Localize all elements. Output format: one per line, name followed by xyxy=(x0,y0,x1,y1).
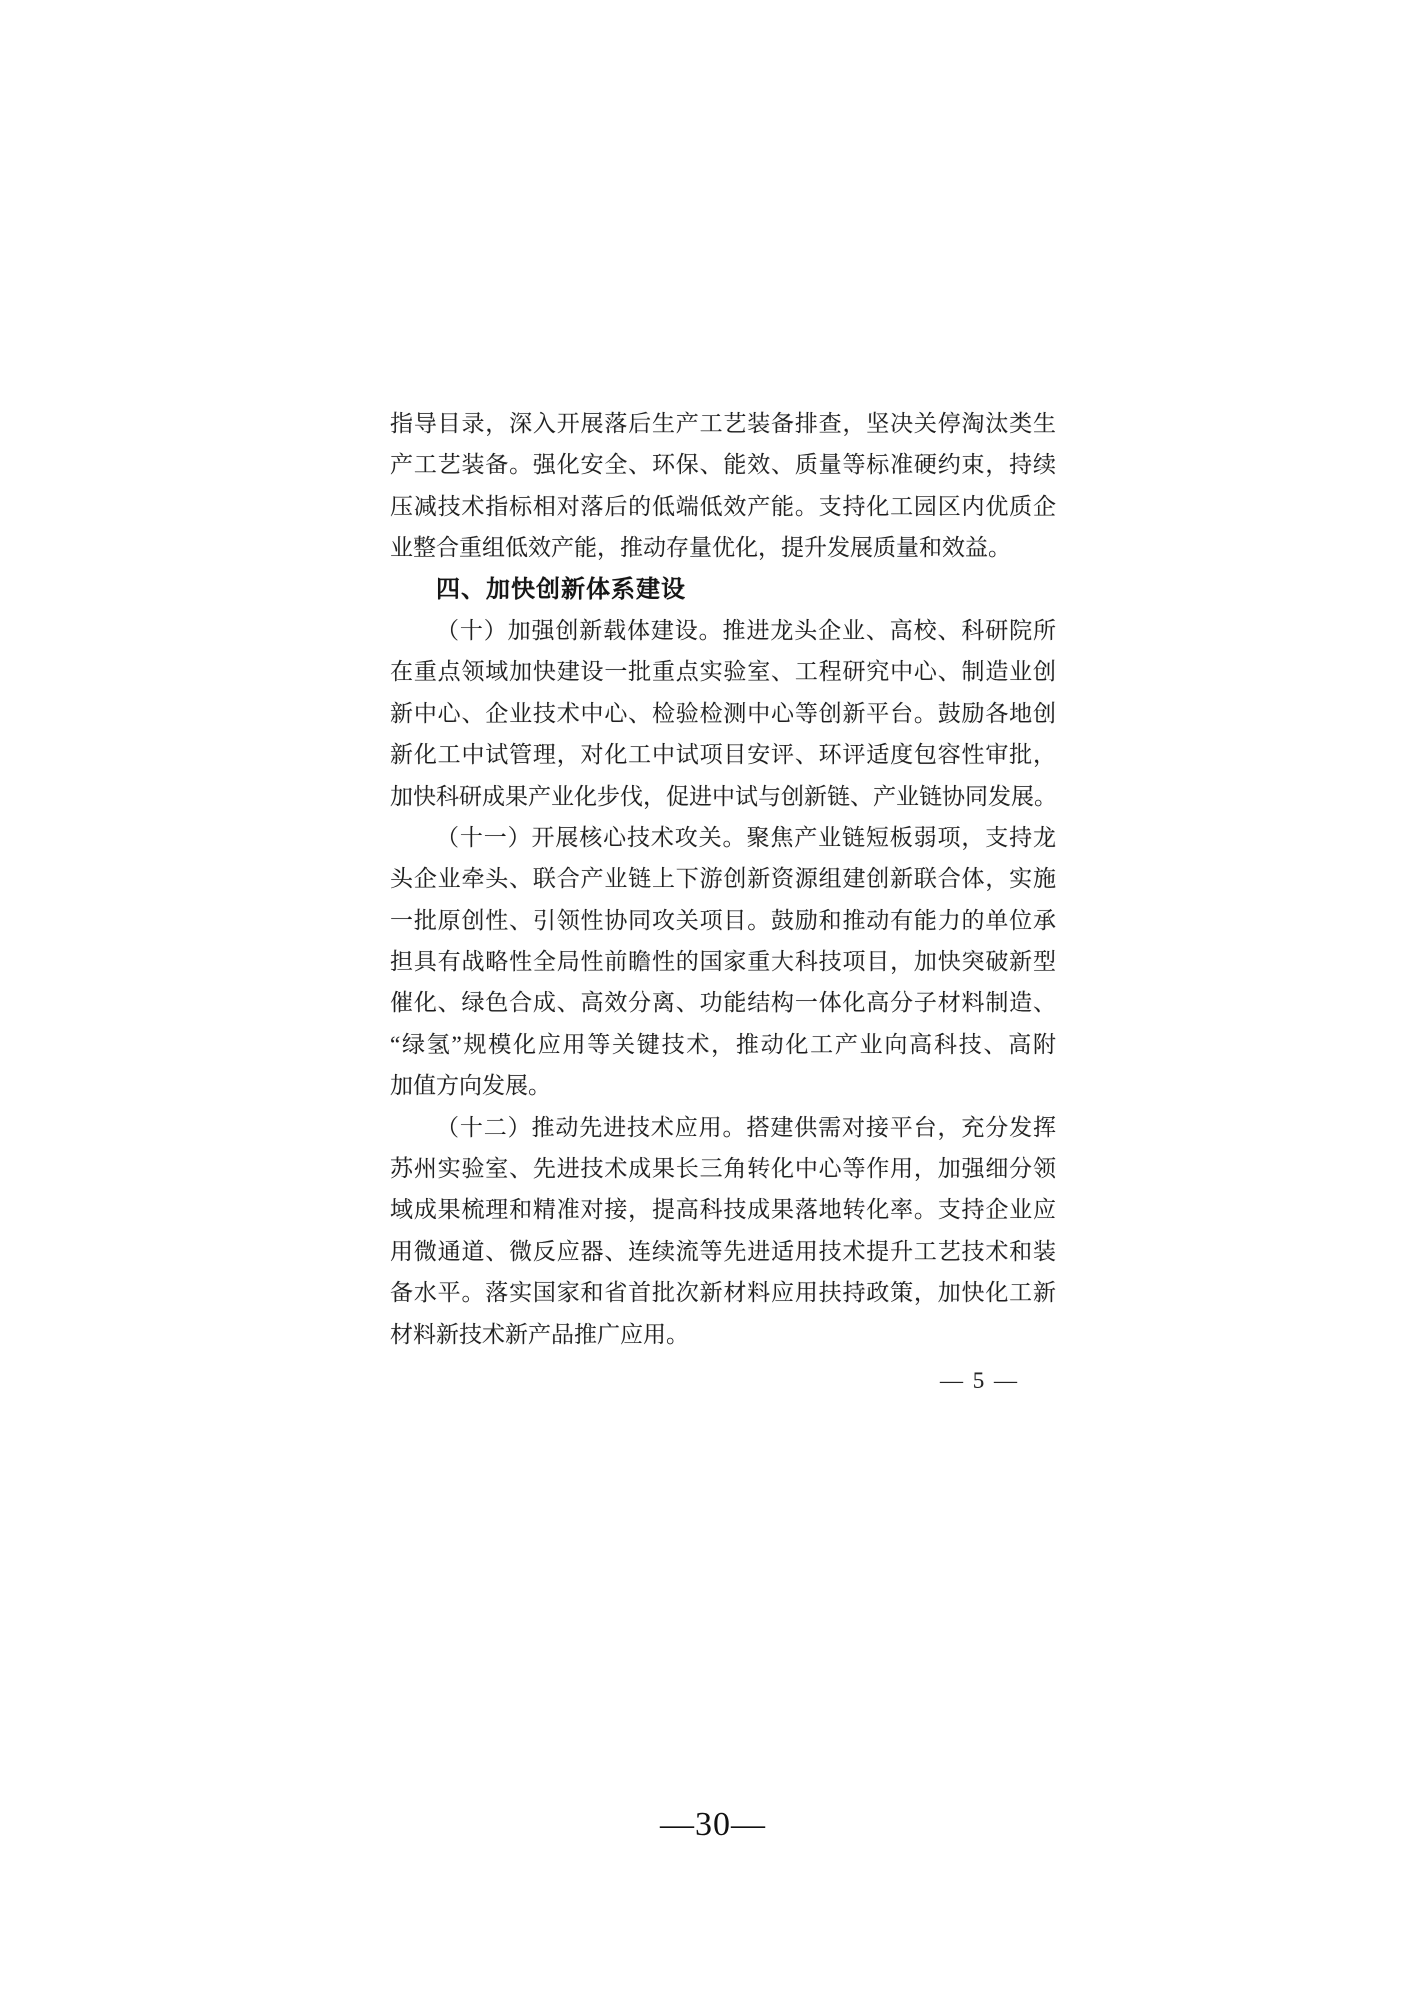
text-line: 业整合重组低效产能，推动存量优化，提升发展质量和效益。 xyxy=(390,527,1056,568)
text-line: 用微通道、微反应器、连续流等先进适用技术提升工艺技术和装 xyxy=(390,1231,1056,1272)
text-line: （十二）推动先进技术应用。搭建供需对接平台，充分发挥 xyxy=(390,1107,1056,1148)
text-line: 头企业牵头、联合产业链上下游创新资源组建创新联合体，实施 xyxy=(390,858,1056,899)
text-line: 催化、绿色合成、高效分离、功能结构一体化高分子材料制造、 xyxy=(390,982,1056,1023)
text-line: 在重点领域加快建设一批重点实验室、工程研究中心、制造业创 xyxy=(390,651,1056,692)
text-line: 域成果梳理和精准对接，提高科技成果落地转化率。支持企业应 xyxy=(390,1189,1056,1230)
text-line: （十）加强创新载体建设。推进龙头企业、高校、科研院所 xyxy=(390,610,1056,651)
sheet-page-number: —30— xyxy=(660,1806,766,1844)
text-line: “绿氢”规模化应用等关键技术，推动化工产业向高科技、高附 xyxy=(390,1024,1056,1065)
text-line: 担具有战略性全局性前瞻性的国家重大科技项目，加快突破新型 xyxy=(390,941,1056,982)
document-page: 指导目录，深入开展落后生产工艺装备排查，坚决关停淘汰类生 产工艺装备。强化安全、… xyxy=(0,0,1415,2000)
text-line: 产工艺装备。强化安全、环保、能效、质量等标准硬约束，持续 xyxy=(390,444,1056,485)
text-line: 备水平。落实国家和省首批次新材料应用扶持政策，加快化工新 xyxy=(390,1272,1056,1313)
text-line: 新化工中试管理，对化工中试项目安评、环评适度包容性审批， xyxy=(390,734,1056,775)
text-line: 苏州实验室、先进技术成果长三角转化中心等作用，加强细分领 xyxy=(390,1148,1056,1189)
page-number: — 5 — xyxy=(940,1368,1019,1394)
section-heading: 四、加快创新体系建设 xyxy=(390,569,1056,610)
text-line: 材料新技术新产品推广应用。 xyxy=(390,1314,1056,1355)
text-line: （十一）开展核心技术攻关。聚焦产业链短板弱项，支持龙 xyxy=(390,817,1056,858)
text-line: 新中心、企业技术中心、检验检测中心等创新平台。鼓励各地创 xyxy=(390,693,1056,734)
text-line: 加值方向发展。 xyxy=(390,1065,1056,1106)
text-line: 一批原创性、引领性协同攻关项目。鼓励和推动有能力的单位承 xyxy=(390,900,1056,941)
text-line: 加快科研成果产业化步伐，促进中试与创新链、产业链协同发展。 xyxy=(390,776,1056,817)
text-line: 压减技术指标相对落后的低端低效产能。支持化工园区内优质企 xyxy=(390,486,1056,527)
text-line: 指导目录，深入开展落后生产工艺装备排查，坚决关停淘汰类生 xyxy=(390,403,1056,444)
text-block: 指导目录，深入开展落后生产工艺装备排查，坚决关停淘汰类生 产工艺装备。强化安全、… xyxy=(390,403,1056,1355)
